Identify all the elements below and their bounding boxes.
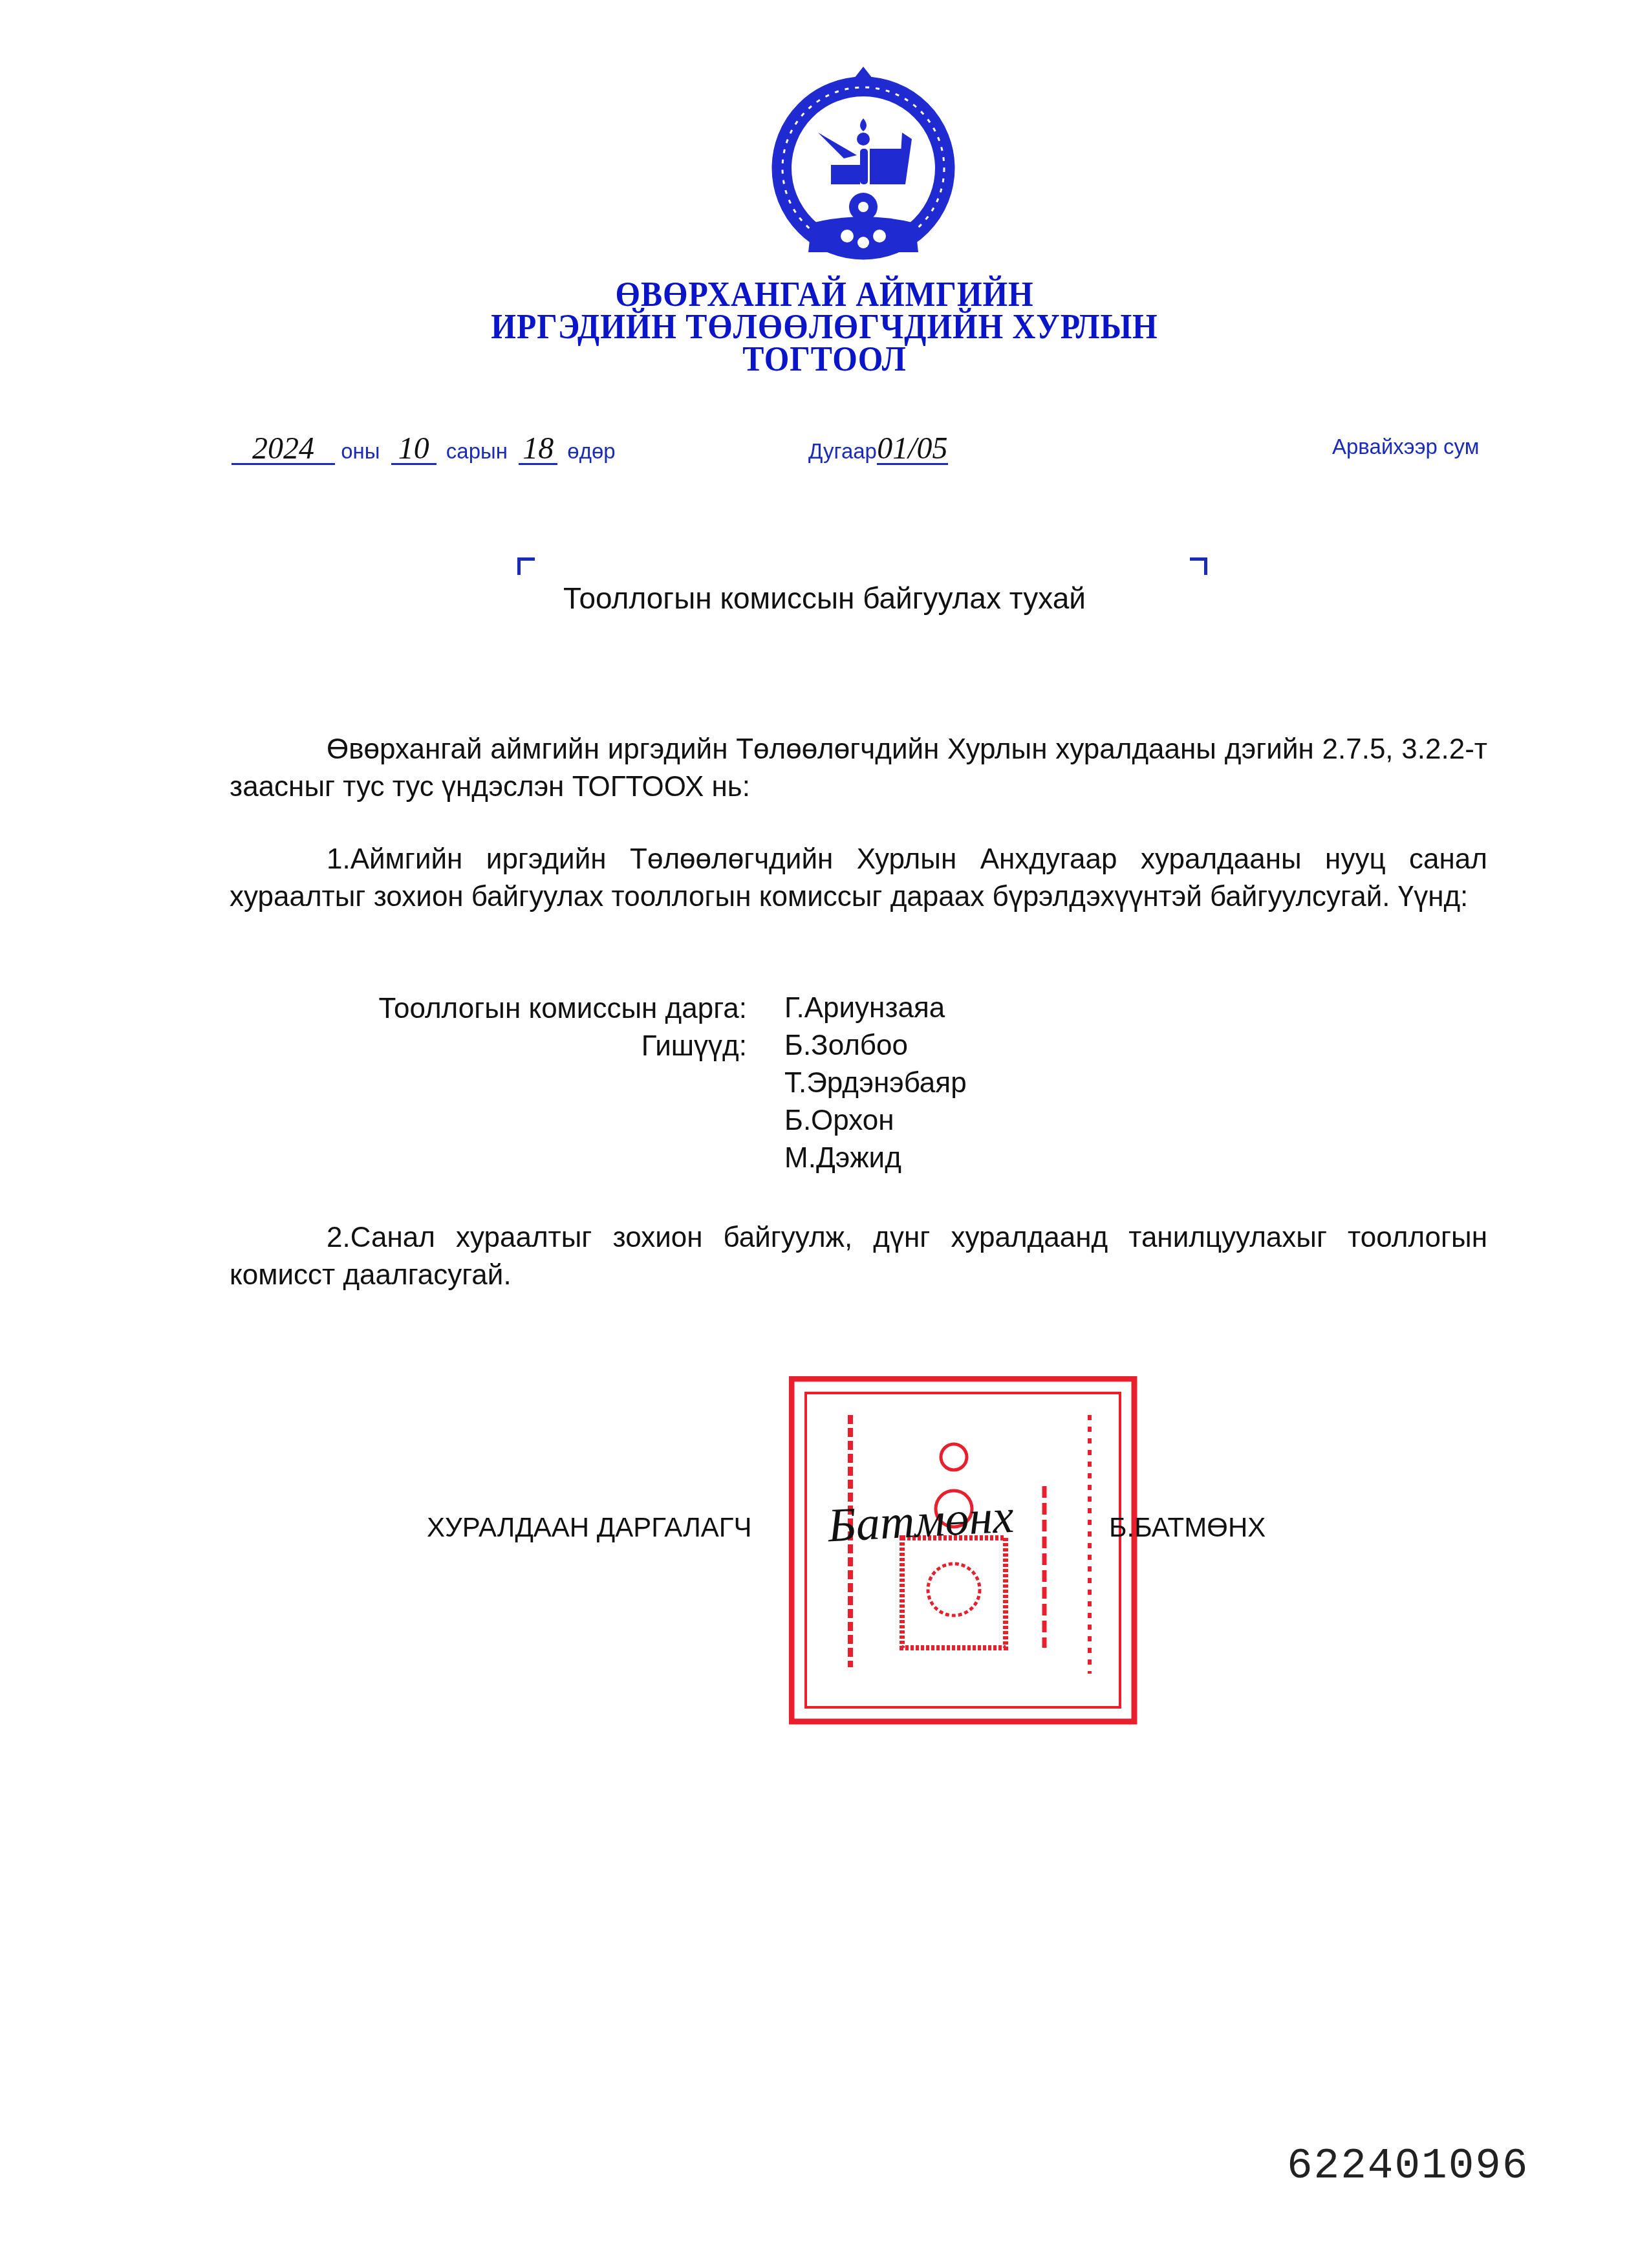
commission-names: Г.Ариунзаяа Б.Золбоо Т.Эрдэнэбаяр Б.Орхо… <box>784 989 967 1177</box>
state-emblem-icon <box>766 61 960 262</box>
number-label: Дугаар <box>808 439 877 463</box>
document-header: ӨВӨРХАНГАЙ АЙМГИЙН ИРГЭДИЙН ТӨЛӨӨЛӨГЧДИЙ… <box>66 278 1583 375</box>
member-name: М.Дэжид <box>784 1139 967 1177</box>
handwritten-signature: Батмөнх <box>826 1489 1015 1554</box>
number-field: Дугаар01/05 <box>808 435 948 465</box>
location-label: Арвайхээр сум <box>1332 435 1479 459</box>
members-label: Гишүүд: <box>278 1030 747 1063</box>
header-line-3: ТОГТООЛ <box>66 343 1583 375</box>
clause-1-paragraph: 1.Аймгийн иргэдийн Төлөөлөгчдийн Хурлын … <box>230 841 1487 916</box>
date-field: 2024 оны 10 сарын 18 өдөр <box>232 435 616 465</box>
year-value: 2024 <box>232 435 335 465</box>
chair-name: Б.БАТМӨНХ <box>1109 1512 1266 1543</box>
month-value: 10 <box>391 435 436 465</box>
chair-title: ХУРАЛДААН ДАРГАЛАГЧ <box>427 1512 752 1543</box>
member-name: Б.Орхон <box>784 1102 967 1139</box>
chair-label: Тооллогын комиссын дарга: <box>278 993 747 1025</box>
title-corner-right <box>1190 557 1207 575</box>
preamble-paragraph: Өвөрхангай аймгийн иргэдийн Төлөөлөгчдий… <box>230 731 1487 806</box>
member-name: Б.Золбоо <box>784 1027 967 1064</box>
day-value: 18 <box>519 435 557 465</box>
chair-name: Г.Ариунзаяа <box>784 989 967 1027</box>
title-corner-left <box>517 557 535 575</box>
year-suffix: оны <box>341 439 380 463</box>
number-value: 01/05 <box>877 435 948 465</box>
header-line-2: ИРГЭДИЙН ТӨЛӨӨЛӨГЧДИЙН ХУРЛЫН <box>66 310 1583 343</box>
day-suffix: өдөр <box>567 439 615 463</box>
member-name: Т.Эрдэнэбаяр <box>784 1064 967 1102</box>
header-line-1: ӨВӨРХАНГАЙ АЙМГИЙН <box>66 278 1583 310</box>
serial-number: 622401096 <box>1287 2142 1529 2190</box>
document-title: Тооллогын комиссын байгуулах тухай <box>0 581 1649 616</box>
clause-2-paragraph: 2.Санал хураалтыг зохион байгуулж, дүнг … <box>230 1219 1487 1294</box>
month-suffix: сарын <box>446 439 508 463</box>
